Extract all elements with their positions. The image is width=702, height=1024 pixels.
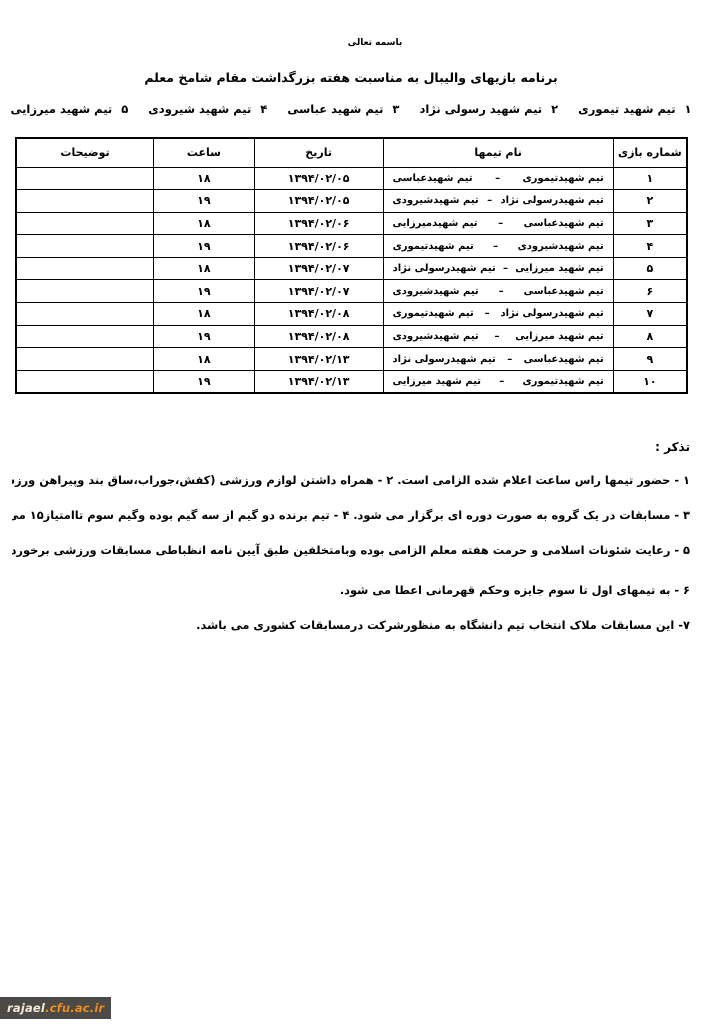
- team1-name: تیم شهیدشیرودی: [518, 241, 604, 252]
- cell-game-number: ۱: [613, 167, 687, 190]
- cell-game-number: ۶: [613, 280, 687, 303]
- table-row: ۴ تیم شهیدشیرودی – تیم شهیدتیموری ۱۳۹۴/۰…: [16, 235, 687, 258]
- cell-game-number: ۳: [613, 212, 687, 235]
- cell-notes: [16, 257, 154, 280]
- team1-name: تیم شهیدرسولی نژاد: [501, 308, 604, 319]
- cell-teams: تیم شهیدعباسی – تیم شهیدشیرودی: [383, 280, 613, 303]
- team2-name: تیم شهیدشیرودی: [393, 286, 479, 297]
- cell-game-number: ۸: [613, 325, 687, 348]
- cell-notes: [16, 212, 154, 235]
- col-header-time: ساعت: [154, 138, 255, 167]
- col-header-team-names: نام تیمها: [383, 138, 613, 167]
- vs-dash: –: [507, 354, 512, 365]
- note-line-5: ۵ - رعایت شئونات اسلامی و حرمت هفته معلم…: [12, 540, 690, 561]
- cell-teams: تیم شهید میرزایی – تیم شهیدشیرودی: [383, 325, 613, 348]
- cell-time: ۱۸: [154, 167, 255, 190]
- document-page: باسمه تعالی برنامه بازیهای والیبال به من…: [0, 0, 702, 1024]
- team1-name: تیم شهیدرسولی نژاد: [501, 195, 604, 206]
- site-watermark: rajael.cfu.ac.ir: [0, 997, 111, 1019]
- team2-name: تیم شهیدتیموری: [393, 308, 474, 319]
- team-number: ۵: [121, 102, 128, 116]
- team-list-item: ۱ تیم شهید تیموری: [578, 102, 691, 116]
- cell-notes: [16, 280, 154, 303]
- cell-time: ۱۸: [154, 303, 255, 326]
- cell-game-number: ۵: [613, 257, 687, 280]
- team-name: تیم شهید شیرودی: [148, 102, 251, 116]
- team-list-item: ۳ تیم شهید عباسی: [287, 102, 399, 116]
- cell-date: ۱۳۹۴/۰۲/۰۸: [254, 303, 383, 326]
- col-header-date: تاریخ: [254, 138, 383, 167]
- cell-game-number: ۲: [613, 190, 687, 213]
- team-name: تیم شهید تیموری: [578, 102, 675, 116]
- team2-name: تیم شهید میرزایی: [393, 376, 482, 387]
- team1-name: تیم شهیدتیموری: [523, 173, 604, 184]
- cell-date: ۱۳۹۴/۰۲/۰۷: [254, 280, 383, 303]
- team-name: تیم شهید رسولی نژاد: [419, 102, 542, 116]
- team2-name: تیم شهیدرسولی نژاد: [393, 354, 496, 365]
- cell-date: ۱۳۹۴/۰۲/۰۶: [254, 235, 383, 258]
- cell-date: ۱۳۹۴/۰۲/۰۷: [254, 257, 383, 280]
- team-name: تیم شهید میرزایی: [10, 102, 112, 116]
- team1-name: تیم شهیدتیموری: [523, 376, 604, 387]
- note-line-7: ۷- این مسابقات ملاک انتخاب تیم دانشگاه ب…: [12, 615, 690, 636]
- vs-dash: –: [503, 263, 508, 274]
- cell-time: ۱۹: [154, 325, 255, 348]
- cell-notes: [16, 325, 154, 348]
- vs-dash: –: [499, 376, 504, 387]
- table-row: ۹ تیم شهیدعباسی – تیم شهیدرسولی نژاد ۱۳۹…: [16, 348, 687, 371]
- cell-notes: [16, 167, 154, 190]
- team1-name: تیم شهیدعباسی: [524, 354, 604, 365]
- cell-teams: تیم شهیدرسولی نژاد – تیم شهیدتیموری: [383, 303, 613, 326]
- note-line-6: ۶ - به تیمهای اول تا سوم جایزه وحکم قهرم…: [12, 580, 690, 601]
- team2-name: تیم شهیدرسولی نژاد: [393, 263, 496, 274]
- team-list-item: ۴ تیم شهید شیرودی: [148, 102, 267, 116]
- table-row: ۸ تیم شهید میرزایی – تیم شهیدشیرودی ۱۳۹۴…: [16, 325, 687, 348]
- note-line-1-2: ۱ - حضور تیمها راس ساعت اعلام شده الزامی…: [12, 470, 690, 491]
- cell-notes: [16, 303, 154, 326]
- cell-teams: تیم شهیدتیموری – تیم شهیدعباسی: [383, 167, 613, 190]
- team-name: تیم شهید عباسی: [287, 102, 383, 116]
- cell-time: ۱۹: [154, 190, 255, 213]
- col-header-game-number: شماره بازی: [613, 138, 687, 167]
- cell-date: ۱۳۹۴/۰۲/۱۳: [254, 370, 383, 393]
- team-list-item: ۵ تیم شهید میرزایی: [10, 102, 128, 116]
- teams-list: ۱ تیم شهید تیموری ۲ تیم شهید رسولی نژاد …: [0, 102, 702, 116]
- cell-notes: [16, 348, 154, 371]
- document-title: برنامه بازیهای والیبال به مناسبت هفته بز…: [0, 70, 702, 85]
- cell-time: ۱۹: [154, 370, 255, 393]
- watermark-site-domain: .cfu.ac.ir: [45, 1001, 104, 1015]
- cell-teams: تیم شهیدعباسی – تیم شهیدمیرزایی: [383, 212, 613, 235]
- team-number: ۲: [551, 102, 558, 116]
- team-number: ۴: [260, 102, 267, 116]
- notes-heading: تذکر :: [12, 438, 690, 456]
- cell-date: ۱۳۹۴/۰۲/۱۳: [254, 348, 383, 371]
- team1-name: تیم شهیدعباسی: [524, 286, 604, 297]
- table-row: ۱۰ تیم شهیدتیموری – تیم شهید میرزایی ۱۳۹…: [16, 370, 687, 393]
- cell-teams: تیم شهیدتیموری – تیم شهید میرزایی: [383, 370, 613, 393]
- table-row: ۷ تیم شهیدرسولی نژاد – تیم شهیدتیموری ۱۳…: [16, 303, 687, 326]
- cell-date: ۱۳۹۴/۰۲/۰۶: [254, 212, 383, 235]
- notes-section: تذکر : ۱ - حضور تیمها راس ساعت اعلام شده…: [12, 438, 690, 636]
- cell-game-number: ۷: [613, 303, 687, 326]
- table-row: ۲ تیم شهیدرسولی نژاد – تیم شهیدشیرودی ۱۳…: [16, 190, 687, 213]
- cell-date: ۱۳۹۴/۰۲/۰۸: [254, 325, 383, 348]
- table-header-row: شماره بازی نام تیمها تاریخ ساعت توضیحات: [16, 138, 687, 167]
- team-number: ۱: [685, 102, 692, 116]
- vs-dash: –: [495, 173, 500, 184]
- table-row: ۱ تیم شهیدتیموری – تیم شهیدعباسی ۱۳۹۴/۰۲…: [16, 167, 687, 190]
- team-number: ۳: [392, 102, 399, 116]
- team1-name: تیم شهید میرزایی: [515, 263, 604, 274]
- cell-game-number: ۹: [613, 348, 687, 371]
- team2-name: تیم شهیدشیرودی: [393, 331, 479, 342]
- cell-teams: تیم شهیدرسولی نژاد – تیم شهیدشیرودی: [383, 190, 613, 213]
- team1-name: تیم شهیدعباسی: [524, 218, 604, 229]
- cell-teams: تیم شهیدعباسی – تیم شهیدرسولی نژاد: [383, 348, 613, 371]
- bismillah-text: باسمه تعالی: [48, 38, 702, 48]
- cell-time: ۱۸: [154, 212, 255, 235]
- cell-notes: [16, 190, 154, 213]
- table-row: ۶ تیم شهیدعباسی – تیم شهیدشیرودی ۱۳۹۴/۰۲…: [16, 280, 687, 303]
- cell-time: ۱۹: [154, 235, 255, 258]
- cell-date: ۱۳۹۴/۰۲/۰۵: [254, 167, 383, 190]
- cell-game-number: ۱۰: [613, 370, 687, 393]
- table-row: ۵ تیم شهید میرزایی – تیم شهیدرسولی نژاد …: [16, 257, 687, 280]
- vs-dash: –: [485, 308, 490, 319]
- team-list-item: ۲ تیم شهید رسولی نژاد: [419, 102, 558, 116]
- cell-time: ۱۹: [154, 280, 255, 303]
- cell-time: ۱۸: [154, 257, 255, 280]
- schedule-table: شماره بازی نام تیمها تاریخ ساعت توضیحات …: [15, 137, 688, 394]
- table-row: ۳ تیم شهیدعباسی – تیم شهیدمیرزایی ۱۳۹۴/۰…: [16, 212, 687, 235]
- team1-name: تیم شهید میرزایی: [515, 331, 604, 342]
- team2-name: تیم شهیدشیرودی: [393, 195, 479, 206]
- note-line-3-4: ۳ - مسابقات در یک گروه به صورت دوره ای ب…: [12, 505, 690, 526]
- vs-dash: –: [499, 286, 504, 297]
- cell-teams: تیم شهید میرزایی – تیم شهیدرسولی نژاد: [383, 257, 613, 280]
- cell-teams: تیم شهیدشیرودی – تیم شهیدتیموری: [383, 235, 613, 258]
- col-header-notes: توضیحات: [16, 138, 154, 167]
- cell-notes: [16, 370, 154, 393]
- vs-dash: –: [493, 241, 498, 252]
- vs-dash: –: [494, 331, 499, 342]
- vs-dash: –: [498, 218, 503, 229]
- cell-notes: [16, 235, 154, 258]
- team2-name: تیم شهیدتیموری: [393, 241, 474, 252]
- watermark-site-name: rajael: [7, 1001, 45, 1015]
- team2-name: تیم شهیدعباسی: [393, 173, 473, 184]
- team2-name: تیم شهیدمیرزایی: [393, 218, 478, 229]
- cell-game-number: ۴: [613, 235, 687, 258]
- cell-date: ۱۳۹۴/۰۲/۰۵: [254, 190, 383, 213]
- cell-time: ۱۸: [154, 348, 255, 371]
- vs-dash: –: [487, 195, 492, 206]
